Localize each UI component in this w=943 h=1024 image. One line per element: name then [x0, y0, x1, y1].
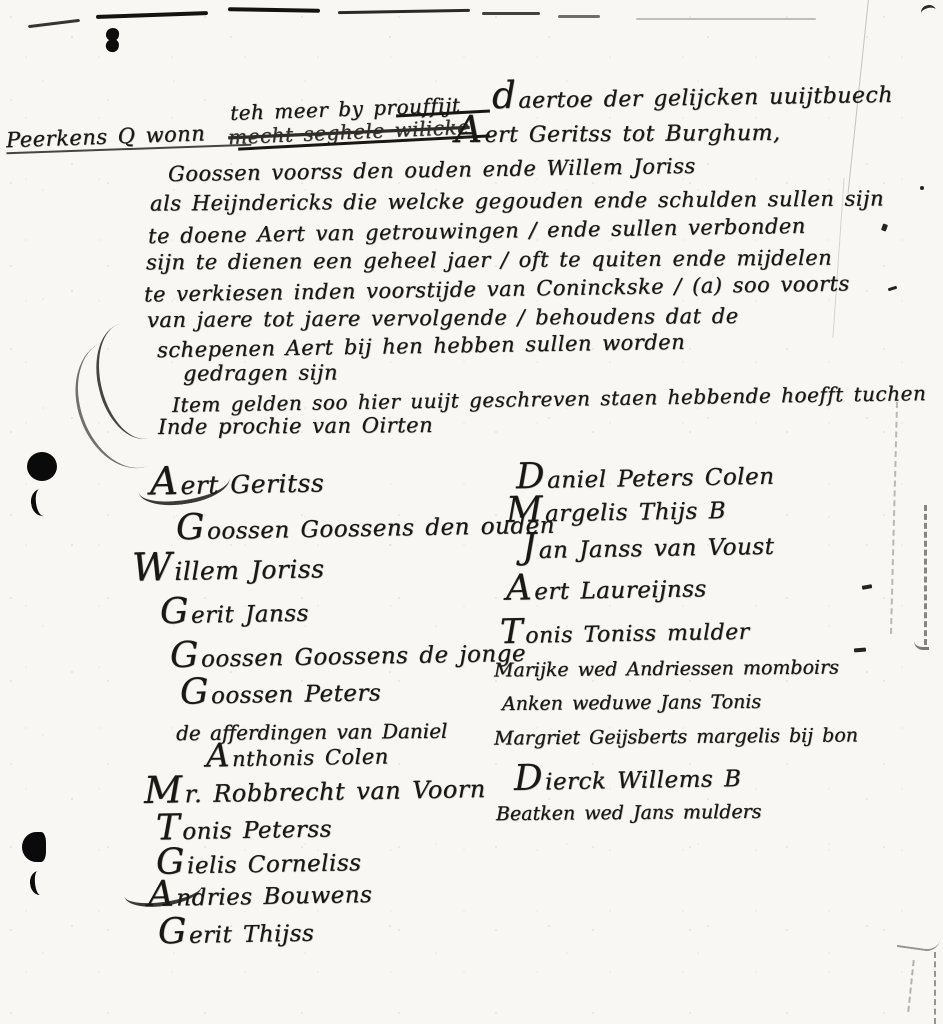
- paragraph-line: van jaere tot jaere vervolgende / behoud…: [147, 304, 739, 332]
- witness-name: Anken weduwe Jans Tonis: [502, 691, 761, 715]
- paragraph-line: Aert Geritss tot Burghum,: [455, 121, 781, 148]
- punch-hole-crescent: [29, 488, 54, 518]
- paragraph-line: Goossen voorss den ouden ende Willem Jor…: [168, 154, 696, 186]
- witness-name: Gerit Thijss: [158, 921, 315, 950]
- witness-name: Margriet Geijsberts margelis bij bon: [494, 724, 858, 749]
- ink-blot: [105, 27, 119, 41]
- punch-hole: [22, 832, 46, 862]
- witness-name: Anthonis Colen: [206, 744, 389, 771]
- witness-name: Andries Bouwens: [148, 882, 373, 912]
- witness-name: Mr. Robbrecht van Voorn: [144, 775, 486, 809]
- fold-line-hook: [914, 636, 929, 650]
- manuscript-scan-page: teh meer by prouffijt Peerkens Q wonn me…: [0, 0, 943, 1024]
- ink-speck: [881, 223, 888, 231]
- witness-name: Goossen Goossens den ouden: [176, 513, 555, 546]
- scan-edge-smudge: [96, 11, 208, 19]
- witness-name: Tonis Toniss mulder: [500, 620, 750, 649]
- witness-name: Aert Geritss: [150, 468, 325, 500]
- witness-name: Gerit Janss: [160, 601, 309, 630]
- ink-speck: [920, 186, 924, 190]
- scan-edge-smudge: [28, 19, 80, 28]
- witness-name: Goossen Peters: [180, 680, 382, 710]
- paragraph-line: schepenen Aert bij hen hebben sullen wor…: [157, 330, 685, 362]
- scan-edge-smudge: [482, 12, 540, 15]
- paragraph-line: sijn te dienen een geheel jaer / oft te …: [146, 246, 832, 275]
- paragraph-line: Item gelden soo hier uuijt geschreven st…: [172, 381, 927, 417]
- scan-edge-smudge: [636, 18, 816, 20]
- fold-line: [924, 505, 927, 645]
- paragraph-line: te verkiesen inden voorstijde van Coninc…: [144, 271, 850, 306]
- punch-hole-crescent: [29, 870, 49, 896]
- punch-hole: [27, 452, 57, 481]
- scan-edge-smudge: [228, 7, 320, 13]
- witness-name: Willem Joriss: [132, 554, 325, 586]
- ink-speck: [888, 286, 897, 292]
- corner-crease: [934, 952, 936, 1024]
- paragraph-line: als Heijndericks die welcke gegouden end…: [150, 186, 884, 215]
- scan-edge-smudge: [558, 15, 600, 18]
- witness-name: Dierck Willems B: [514, 766, 742, 796]
- paragraph-line: gedragen sijn: [183, 360, 338, 385]
- paragraph-line: daertoe der gelijcken uuijtbuech: [492, 83, 893, 114]
- witness-name: Margelis Thijs B: [506, 498, 726, 528]
- corner-crease: [907, 960, 914, 1012]
- ink-speck: [854, 648, 866, 653]
- witness-name: Jan Janss van Voust: [522, 534, 775, 564]
- fold-line: [890, 402, 898, 634]
- paragraph-line: te doene Aert van getrouwingen / ende su…: [148, 214, 806, 248]
- witness-name: Daniel Peters Colen: [516, 464, 775, 495]
- witness-name: Marijke wed Andriessen momboirs: [494, 656, 839, 681]
- corner-pen-mark: [920, 3, 938, 19]
- ink-speck: [862, 584, 873, 590]
- margin-note: Peerkens Q wonn: [6, 120, 252, 155]
- scan-edge-smudge: [338, 9, 470, 14]
- corner-crease: [897, 927, 941, 953]
- witness-name: Goossen Goossens de jonge: [170, 641, 526, 673]
- paragraph-line: Inde prochie van Oirten: [158, 413, 433, 439]
- witness-name: Aert Laureijnss: [506, 576, 707, 605]
- witness-name: Beatken wed Jans mulders: [496, 801, 762, 825]
